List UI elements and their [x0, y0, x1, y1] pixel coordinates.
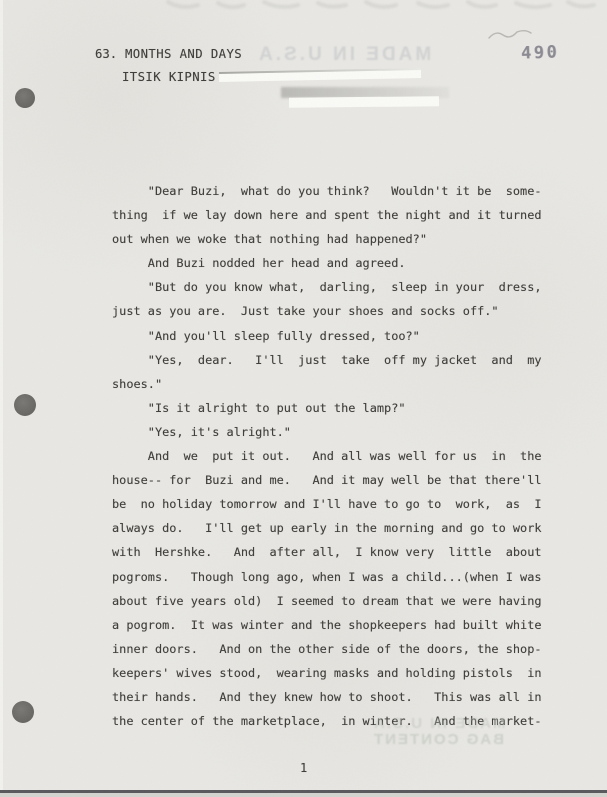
typed-line: just as you are. Just take your shoes an… — [112, 299, 542, 323]
typed-line: with Hershke. And after all, I know very… — [112, 540, 542, 564]
typed-line: a pogrom. It was winter and the shopkeep… — [112, 613, 542, 637]
typed-line: "And you'll sleep fully dressed, too?" — [112, 324, 542, 348]
stamped-number: 490 — [521, 42, 560, 63]
typed-line: inner doors. And on the other side of th… — [112, 637, 542, 661]
typed-line: pogroms. Though long ago, when I was a c… — [112, 565, 542, 589]
typed-line: always do. I'll get up early in the morn… — [112, 516, 542, 540]
hole-punch-bottom — [12, 701, 34, 723]
whiteout-strip-edge-line — [219, 68, 421, 73]
typed-line: out when we woke that nothing had happen… — [112, 227, 542, 251]
bleedthrough-top-marks — [160, 0, 600, 12]
scan-bottom-edge-shadow — [0, 793, 607, 797]
typed-line: about five years old) I seemed to dream … — [112, 589, 542, 613]
bleedthrough-bag-content: BAG CONTENT — [372, 731, 504, 748]
typed-line: keepers' wives stood, wearing masks and … — [112, 661, 542, 685]
typed-line: house-- for Buzi and me. And it may well… — [112, 468, 542, 492]
scanned-page: 63. MONTHS AND DAYS ITSIK KIPNIS MADE IN… — [0, 0, 607, 797]
typed-line: "But do you know what, darling, sleep in… — [112, 275, 542, 299]
typed-line: And we put it out. And all was well for … — [112, 444, 542, 468]
typed-line: "Yes, dear. I'll just take off my jacket… — [112, 348, 542, 372]
typed-line: "Dear Buzi, what do you think? Wouldn't … — [112, 179, 542, 203]
author-name: ITSIK KIPNIS — [122, 70, 216, 84]
whiteout-strip-after-author — [219, 68, 421, 82]
hole-punch-middle — [14, 394, 36, 416]
typed-line: thing if we lay down here and spent the … — [112, 203, 542, 227]
typed-line: "Yes, it's alright." — [112, 420, 542, 444]
pencil-squiggle-mark — [486, 26, 534, 44]
typed-line: be no holiday tomorrow and I'll have to … — [112, 492, 542, 516]
page-number: 1 — [300, 761, 307, 775]
bleedthrough-made-in-usa-top: MADE IN U.S.A — [256, 44, 431, 66]
typed-body-text: "Dear Buzi, what do you think? Wouldn't … — [112, 179, 542, 733]
typed-line: "Is it alright to put out the lamp?" — [112, 396, 542, 420]
hole-punch-top — [15, 88, 35, 108]
whiteout-strip-second — [289, 96, 439, 108]
typed-line: And Buzi nodded her head and agreed. — [112, 251, 542, 275]
section-number: 63. — [95, 47, 117, 61]
typed-line: their hands. And they knew how to shoot.… — [112, 685, 542, 709]
bleedthrough-made-in-usa-bottom: MADE IN U.S.A — [372, 715, 506, 732]
typed-line: shoes." — [112, 372, 542, 396]
scan-left-edge-highlight — [0, 0, 3, 797]
document-title: MONTHS AND DAYS — [125, 47, 242, 61]
